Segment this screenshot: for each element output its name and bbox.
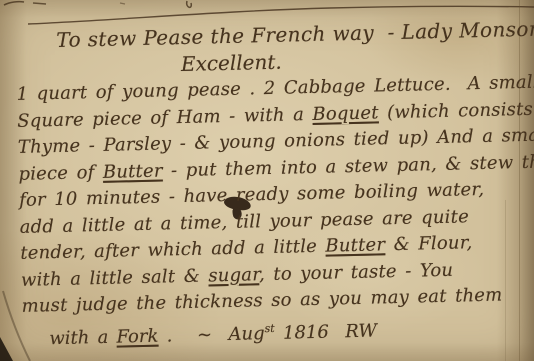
text-segment: (which consists of bbox=[378, 98, 534, 123]
manuscript-page: To stew Pease the French way - Lady Mons… bbox=[0, 0, 534, 361]
text-segment: with a little salt & bbox=[21, 265, 209, 290]
text-segment: with a bbox=[49, 326, 117, 349]
recipe-text: To stew Pease the French way - Lady Mons… bbox=[12, 14, 534, 348]
previous-entry-fragments bbox=[0, 0, 534, 16]
text-segment: , to your taste - You bbox=[259, 259, 454, 285]
text-segment: Excellent. bbox=[181, 50, 282, 76]
text-segment: . ~ Aug bbox=[158, 323, 265, 346]
underlined-word: sugar bbox=[208, 264, 259, 286]
text-segment: 1816 RW bbox=[275, 320, 378, 343]
text-segment: tender, after which add a little bbox=[20, 236, 326, 264]
underlined-word: Butter bbox=[325, 234, 385, 256]
text-segment: Square piece of Ham - with a bbox=[17, 103, 313, 131]
underlined-word: Butter bbox=[103, 160, 163, 182]
underlined-word: Fork bbox=[116, 325, 158, 347]
text-segment: piece of bbox=[18, 161, 103, 184]
text-segment: st bbox=[264, 321, 275, 334]
underlined-word: Boquet bbox=[312, 102, 379, 125]
text-segment: & Flour, bbox=[385, 232, 473, 255]
